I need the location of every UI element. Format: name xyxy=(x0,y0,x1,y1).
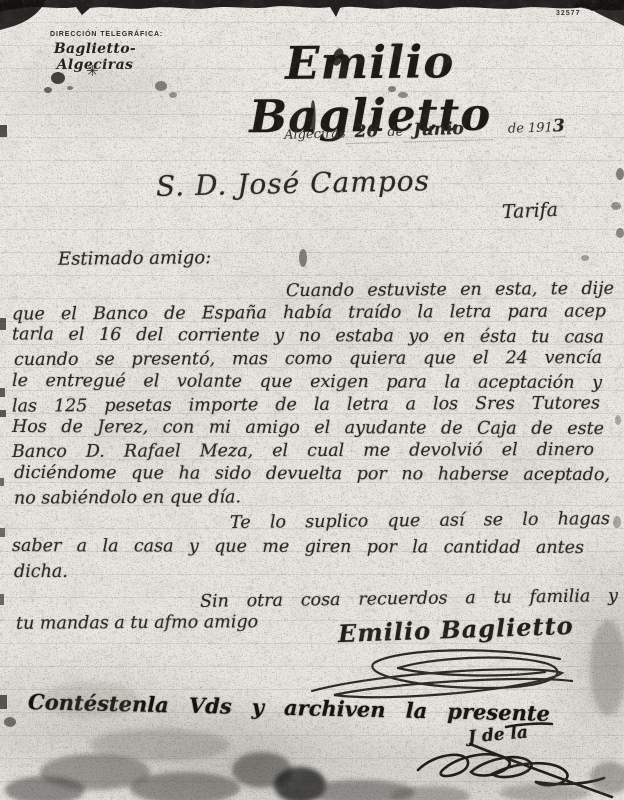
body-line: no sabiéndolo en que día. xyxy=(14,487,241,508)
dateline-place: Algeciras xyxy=(284,126,346,143)
dateline-de-word: de xyxy=(387,125,403,140)
body-line: Cuando estuviste en esta, te dije xyxy=(286,280,614,301)
body-line: Te lo suplico que así se lo hagas xyxy=(230,510,610,532)
annotation-initials: J de la xyxy=(467,723,529,748)
dateline-month: Junio xyxy=(403,118,492,142)
document-number: 32577 xyxy=(556,10,580,17)
scanned-letter-page: 32577 DIRECCIÓN TELEGRÁFICA: Baglietto-A… xyxy=(0,0,624,800)
dateline-day: 26 xyxy=(345,121,387,144)
signature-name: Emilio Baglietto xyxy=(338,612,575,648)
signature-flourish xyxy=(312,650,572,697)
addressee-city: Tarifa xyxy=(502,200,559,224)
body-line: diciéndome que ha sido devuelta por no h… xyxy=(14,464,610,484)
salutation: Estimado amigo: xyxy=(58,248,211,270)
scan-edge-top xyxy=(0,0,624,30)
body-line: tarla el 16 del corriente y no estaba yo… xyxy=(12,325,604,346)
addressee-name: S. D. José Campos xyxy=(156,165,431,203)
body-line: le entregué el volante que exigen para l… xyxy=(12,372,602,392)
telegraph-direction-label: DIRECCIÓN TELEGRÁFICA: xyxy=(50,31,163,38)
dateline-year-digit: 3 xyxy=(553,116,565,137)
body-line: saber a la casa y que me giren por la ca… xyxy=(12,537,584,557)
body-line: dicha. xyxy=(14,562,68,582)
closing-line: Sin otra cosa recuerdos a tu familia y xyxy=(200,587,618,611)
asterisk-ornament-icon: ✳ xyxy=(86,62,99,80)
body-line: Hos de Jerez, con mi amigo el ayudante d… xyxy=(12,418,604,438)
body-line: cuando se presentó, mas como quiera que … xyxy=(14,349,602,369)
body-line: Banco D. Rafael Meza, el cual me devolvi… xyxy=(12,441,594,461)
closing-line: tu mandas a tu afmo amigo xyxy=(16,612,258,634)
dateline-year-prefix: de 191 xyxy=(508,120,553,136)
body-line: que el Banco de España había traído la l… xyxy=(12,302,606,323)
body-line: las 125 pesetas importe de la letra a lo… xyxy=(12,394,600,415)
archival-annotation: Contéstenla Vds y archiven la presente xyxy=(28,691,550,725)
